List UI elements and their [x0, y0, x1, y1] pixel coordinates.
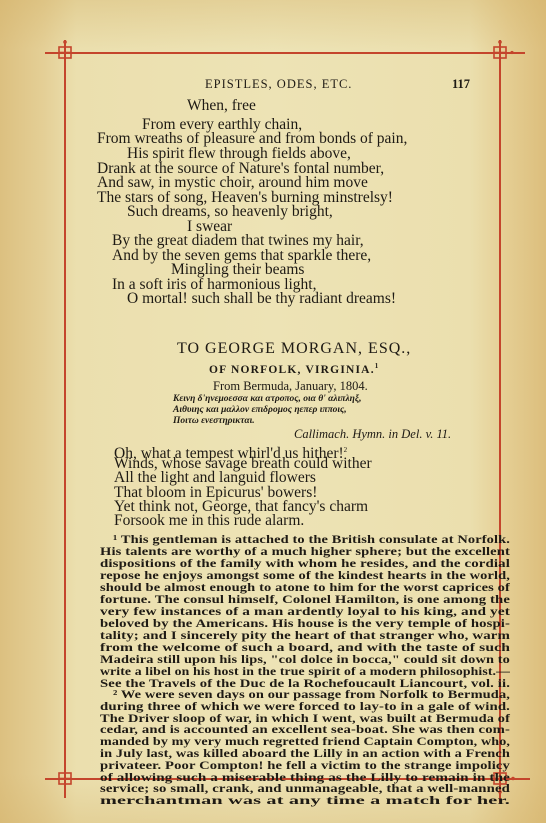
poem-subtitle: OF NORFOLK, VIRGINIA.1 — [209, 362, 379, 376]
border-top-rule — [45, 52, 525, 54]
footnote-mark: 1 — [375, 362, 380, 370]
poem-title: TO GEORGE MORGAN, ESQ., — [177, 340, 411, 358]
poem-subtitle-text: OF NORFOLK, VIRGINIA. — [209, 364, 375, 376]
epigraph-line: Αιθυιης και μαλλον επιδρομος ηεπερ ιπποι… — [173, 405, 347, 416]
corner-ornament-icon — [50, 33, 80, 73]
footnote-mark: 2 — [344, 446, 348, 454]
verse-line: When, free — [187, 97, 256, 116]
epigraph-line: Ποιτω ενεστηρικται. — [173, 416, 255, 427]
poem-dateline: From Bermuda, January, 1804. — [213, 379, 368, 394]
corner-ornament-icon — [485, 33, 515, 73]
footnote-line: merchantman was at any time a match for … — [100, 794, 510, 807]
epigraph-citation: Callimach. Hymn. in Del. v. 11. — [294, 427, 451, 442]
epigraph-line: Κειvη δ'ηνεμοεσσα και ατροπος, οια θ' αλ… — [173, 394, 362, 405]
verse-line: O mortal! such shall be thy radiant drea… — [127, 290, 396, 309]
verse-line: Forsook me in this rude alarm. — [114, 512, 304, 531]
border-left-rule — [64, 40, 66, 798]
corner-ornament-icon — [50, 759, 80, 799]
running-head: EPISTLES, ODES, ETC. — [205, 77, 352, 92]
page-number: 117 — [452, 77, 470, 92]
